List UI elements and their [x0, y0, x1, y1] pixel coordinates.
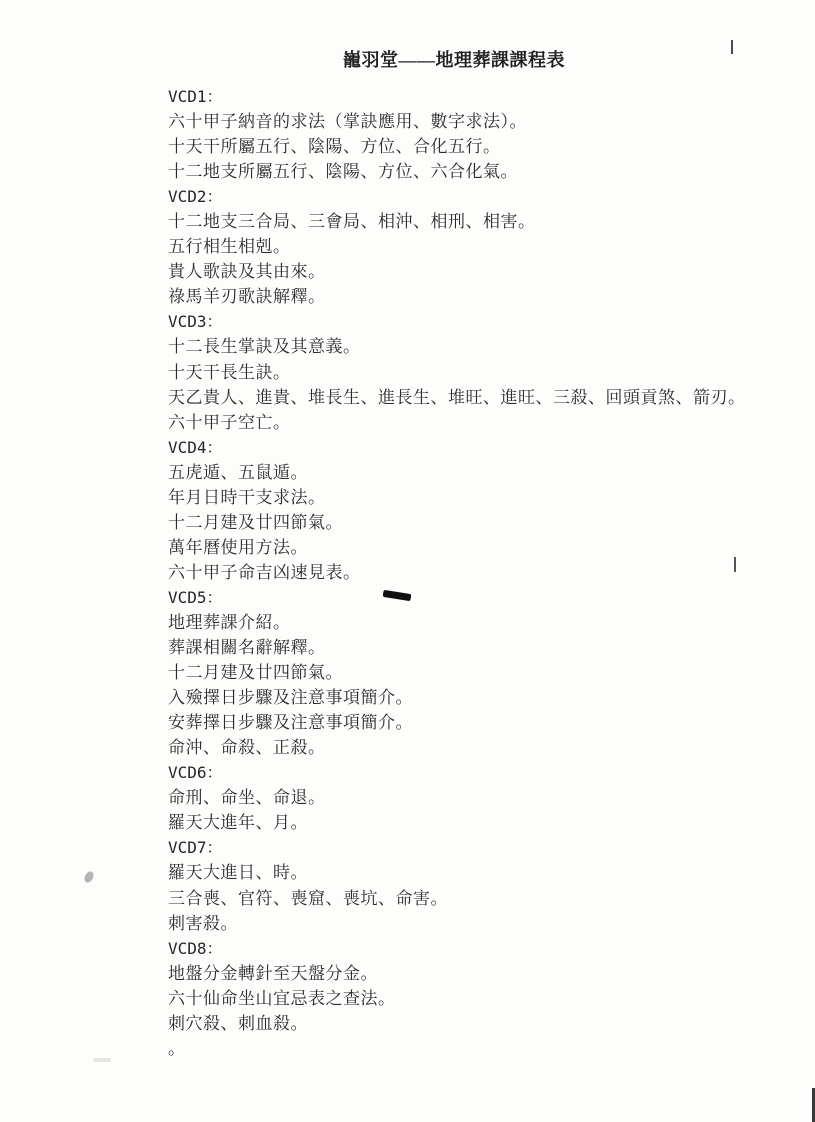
course-item-line: 六十仙命坐山宜忌表之查法。 — [168, 986, 788, 1011]
section-header: VCD5： — [168, 585, 788, 610]
course-item-line: 十二長生掌訣及其意義。 — [168, 334, 788, 359]
course-item-line: 刺害殺。 — [168, 911, 788, 936]
course-item-line: 年月日時干支求法。 — [168, 485, 788, 510]
course-item-line: 安葬擇日步驟及注意事項簡介。 — [168, 710, 788, 735]
scan-artifact-smudge — [93, 1058, 111, 1062]
scan-artifact-margin-tick-top — [731, 40, 733, 54]
course-item-line: 地理葬課介紹。 — [168, 610, 788, 635]
document-body: VCD1：六十甲子納音的求法（掌訣應用、數字求法）。十天干所屬五行、陰陽、方位、… — [168, 84, 788, 1061]
scanned-document-page: 巃羽堂——地理葬課課程表 VCD1：六十甲子納音的求法（掌訣應用、數字求法）。十… — [0, 0, 815, 1122]
course-item-line: 十二地支所屬五行、陰陽、方位、六合化氣。 — [168, 159, 788, 184]
course-item-line: 。 — [168, 1036, 788, 1061]
course-item-line: 祿馬羊刃歌訣解釋。 — [168, 284, 788, 309]
course-item-line: 六十甲子納音的求法（掌訣應用、數字求法）。 — [168, 109, 788, 134]
course-item-line: 六十甲子空亡。 — [168, 410, 788, 435]
course-item-line: 六十甲子命吉凶速見表。 — [168, 560, 788, 585]
course-item-line: 十二月建及廿四節氣。 — [168, 510, 788, 535]
scan-artifact-speck — [83, 870, 96, 884]
course-item-line: 五行相生相剋。 — [168, 234, 788, 259]
course-item-line: 十天干所屬五行、陰陽、方位、合化五行。 — [168, 134, 788, 159]
course-item-line: 貴人歌訣及其由來。 — [168, 259, 788, 284]
section-header: VCD3： — [168, 309, 788, 334]
section-header: VCD8： — [168, 936, 788, 961]
course-item-line: 十二地支三合局、三會局、相沖、相刑、相害。 — [168, 209, 788, 234]
course-item-line: 萬年曆使用方法。 — [168, 535, 788, 560]
course-item-line: 十二月建及廿四節氣。 — [168, 660, 788, 685]
course-item-line: 十天干長生訣。 — [168, 360, 788, 385]
section-header: VCD4： — [168, 435, 788, 460]
course-item-line: 五虎遁、五鼠遁。 — [168, 460, 788, 485]
scan-artifact-margin-tick-middle — [734, 557, 736, 572]
course-item-line: 地盤分金轉針至天盤分金。 — [168, 961, 788, 986]
course-item-line: 入殮擇日步驟及注意事項簡介。 — [168, 685, 788, 710]
section-header: VCD6： — [168, 760, 788, 785]
course-item-line: 三合喪、官符、喪窟、喪坑、命害。 — [168, 886, 788, 911]
course-item-line: 命刑、命坐、命退。 — [168, 785, 788, 810]
course-item-line: 刺穴殺、刺血殺。 — [168, 1011, 788, 1036]
course-item-line: 羅天大進日、時。 — [168, 860, 788, 885]
section-header: VCD1： — [168, 84, 788, 109]
section-header: VCD2： — [168, 184, 788, 209]
course-item-line: 葬課相關名辭解釋。 — [168, 635, 788, 660]
course-item-line: 天乙貴人、進貴、堆長生、進長生、堆旺、進旺、三殺、回頭貢煞、箭刃。 — [168, 385, 788, 410]
course-item-line: 命沖、命殺、正殺。 — [168, 735, 788, 760]
section-header: VCD7： — [168, 835, 788, 860]
course-item-line: 羅天大進年、月。 — [168, 810, 788, 835]
document-title: 巃羽堂——地理葬課課程表 — [343, 46, 565, 72]
